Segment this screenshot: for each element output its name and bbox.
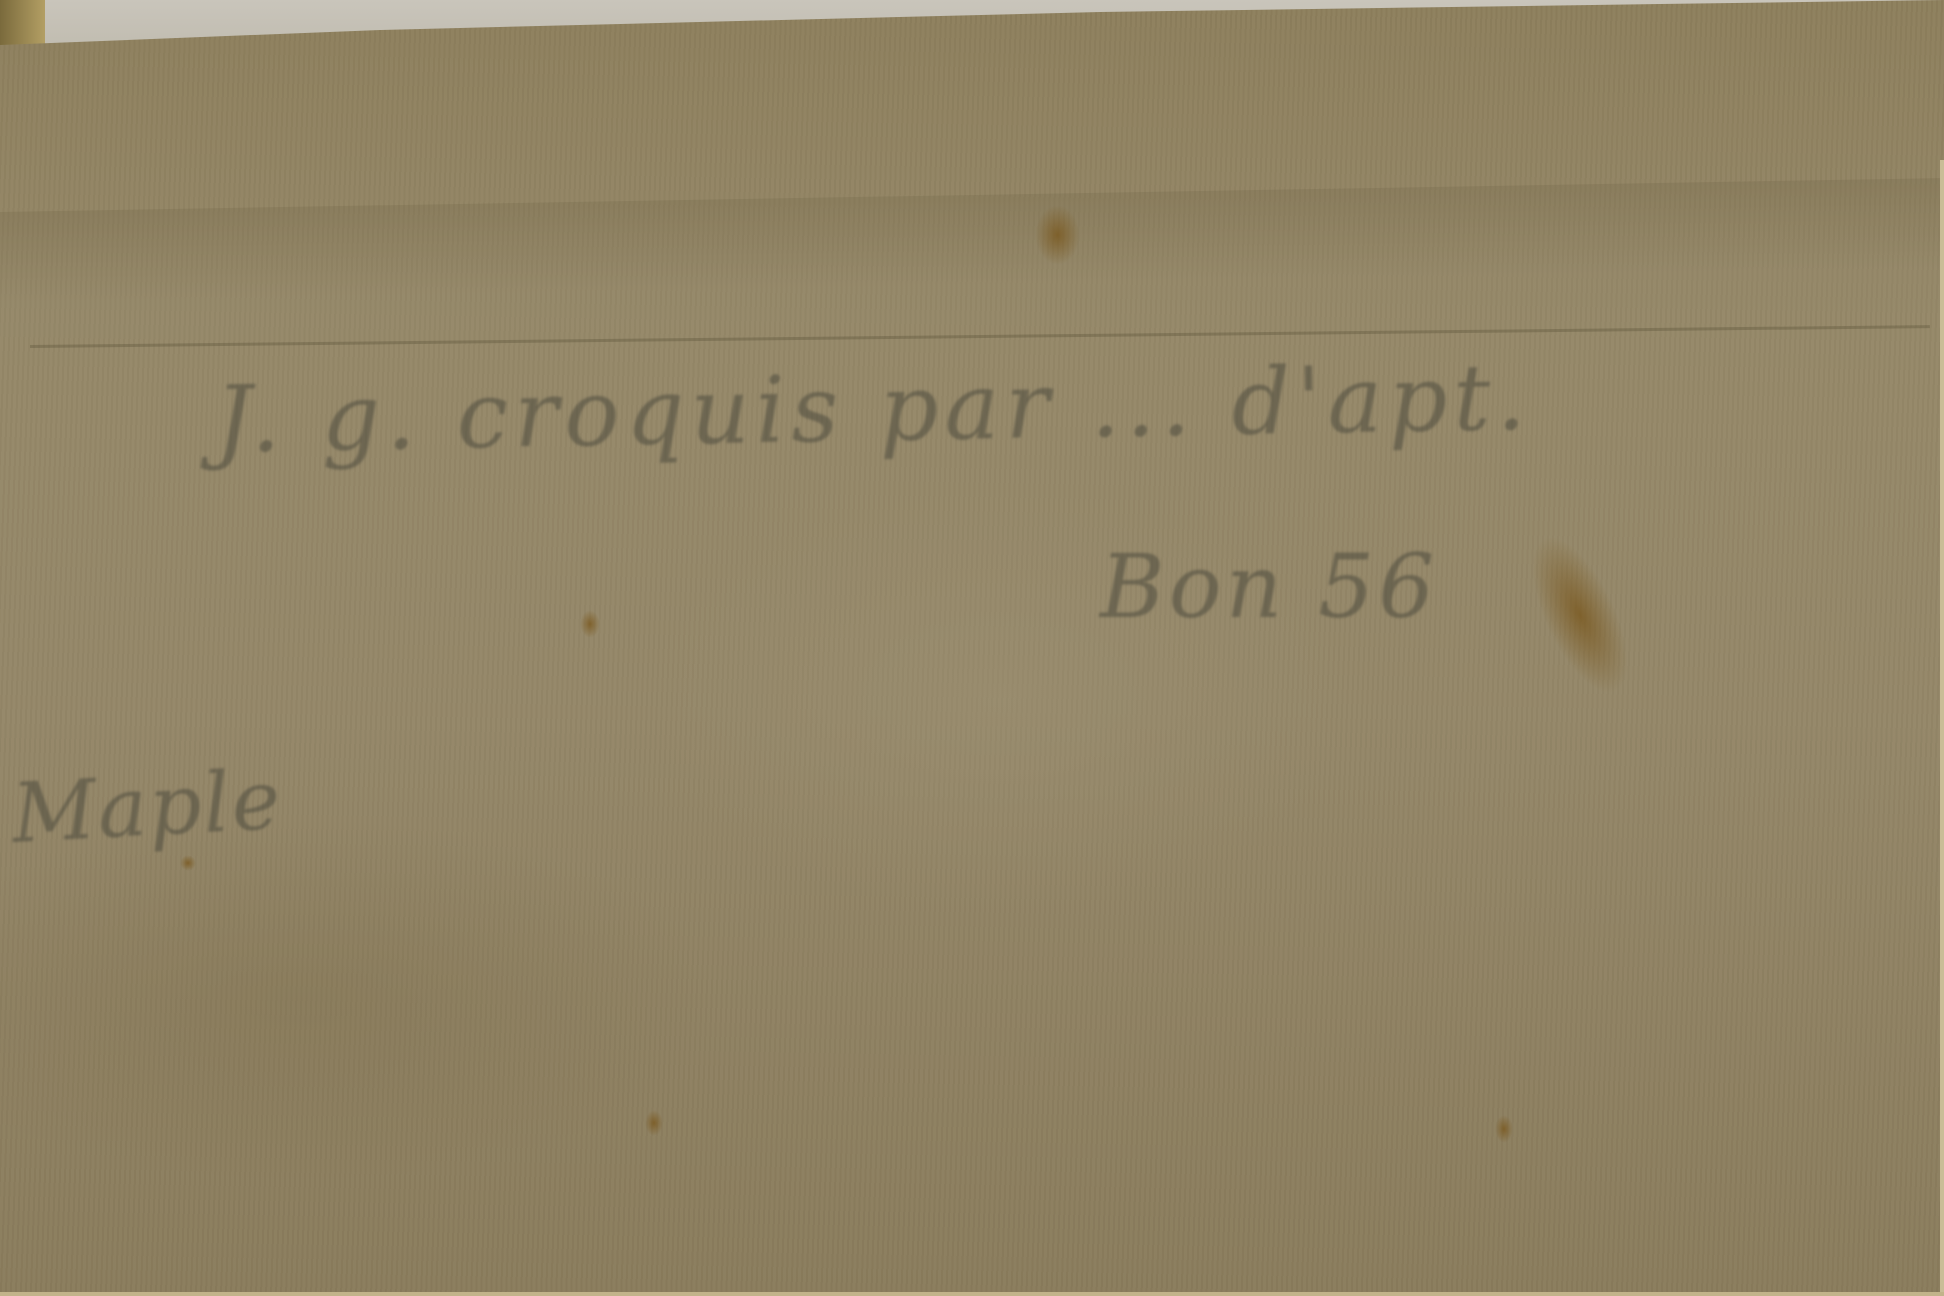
stain-streak — [1512, 523, 1647, 707]
paper-right-edge — [1940, 160, 1944, 1296]
handwriting-line-2: Bon 56 — [1100, 535, 1438, 638]
photo-scene: J. g. croquis par ... d'apt. Bon 56 Mapl… — [0, 0, 1944, 1296]
stain-spot — [180, 855, 196, 871]
handwriting-line-3: Maple — [10, 753, 285, 862]
stain-spot — [645, 1110, 663, 1136]
stain-spot — [580, 610, 600, 638]
paper-bottom-edge — [0, 1292, 1944, 1296]
aged-paper-sheet: J. g. croquis par ... d'apt. Bon 56 Mapl… — [0, 0, 1944, 1296]
stain-spot — [1035, 205, 1080, 265]
handwriting-line-1: J. g. croquis par ... d'apt. — [214, 344, 1532, 474]
stain-spot — [1495, 1115, 1513, 1143]
